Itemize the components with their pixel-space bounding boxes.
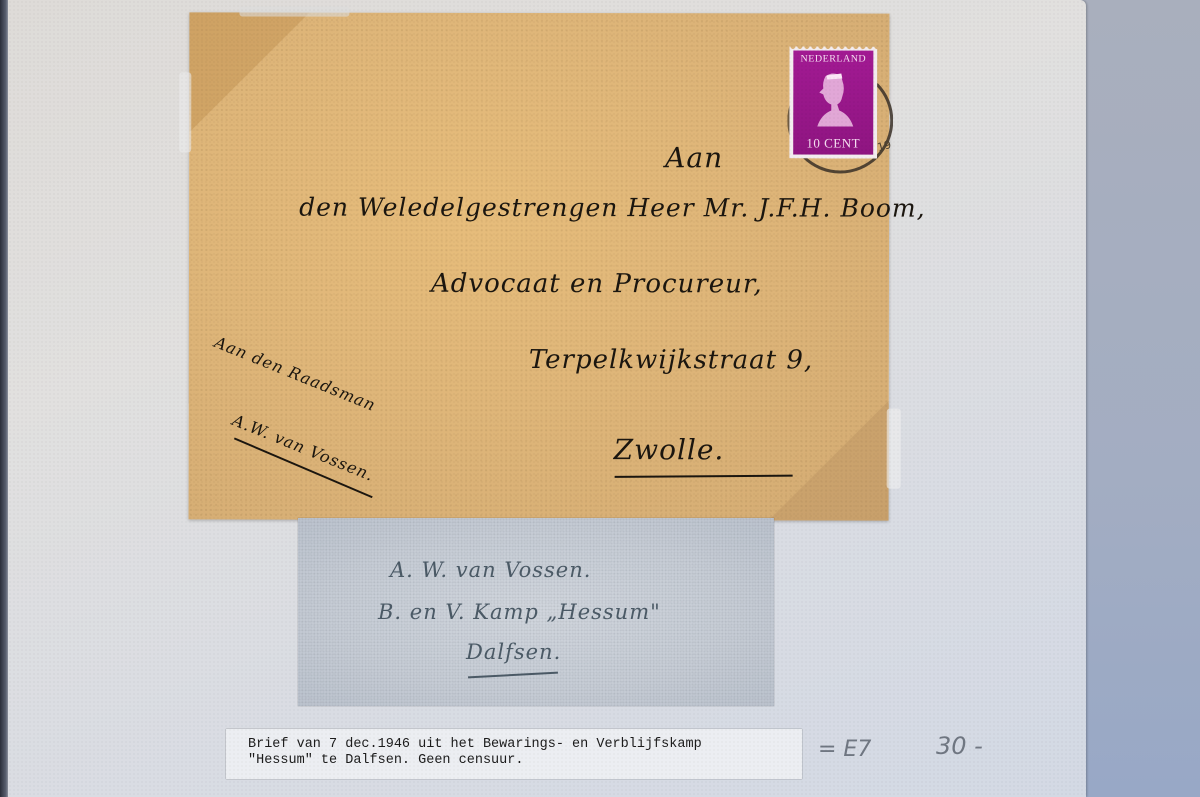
- envelope-note-line-2: A.W. van Vossen.: [230, 410, 377, 485]
- town-underline: [468, 672, 558, 679]
- envelope-note-line-1: Aan den Raadsman: [212, 332, 379, 415]
- photo-corner-top-left: [189, 12, 309, 132]
- address-salutation: Aan: [665, 141, 723, 174]
- sender-camp: B. en V. Kamp „Hessum": [378, 600, 661, 624]
- stamp-value: 10 CENT: [793, 135, 873, 151]
- photo-corner-bottom-right: [769, 400, 889, 520]
- address-city: Zwolle.: [614, 433, 725, 466]
- pencil-catalog-code: = E7: [818, 737, 871, 762]
- stamp-country: NEDERLAND: [793, 53, 873, 64]
- envelope-cover: NEDERLAND 10 CENT 19 Aan den Weledelgest…: [189, 12, 890, 520]
- city-underline: [615, 475, 793, 478]
- address-line-1: den Weledelgestrengen Heer Mr. J.F.H. Bo…: [299, 193, 926, 223]
- address-line-2: Advocaat en Procureur,: [431, 269, 763, 300]
- mounting-tape: [887, 409, 901, 489]
- sender-slip: A. W. van Vossen. B. en V. Kamp „Hessum"…: [298, 518, 774, 706]
- mounting-tape: [179, 72, 191, 152]
- address-line-3: Terpelkwijkstraat 9,: [529, 345, 813, 375]
- typed-caption: Brief van 7 dec.1946 uit het Bewarings- …: [226, 729, 802, 779]
- caption-line-2: "Hessum" te Dalfsen. Geen censuur.: [248, 753, 802, 769]
- postage-stamp: NEDERLAND 10 CENT: [789, 46, 877, 158]
- mounting-tape: [239, 6, 349, 16]
- postmark-date: 19: [876, 138, 893, 154]
- caption-line-1: Brief van 7 dec.1946 uit het Bewarings- …: [248, 737, 802, 753]
- queen-portrait-icon: [811, 68, 857, 130]
- album-page: NEDERLAND 10 CENT 19 Aan den Weledelgest…: [8, 0, 1086, 797]
- sender-town: Dalfsen.: [466, 640, 561, 664]
- sender-name: A. W. van Vossen.: [390, 558, 591, 582]
- pencil-price: 30 -: [936, 732, 983, 760]
